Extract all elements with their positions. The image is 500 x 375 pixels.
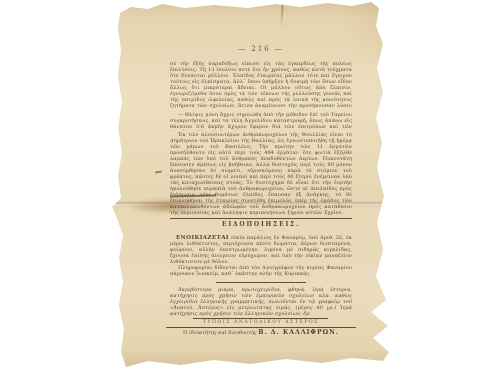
body-paragraph-1: σε τὴν ἑξῆς παραδόξως εἴπωσι εἰς τὰς ἐγκ… [170, 61, 352, 109]
top-edge-crease [280, 4, 283, 28]
document-page: — 216 — σε τὴν ἑξῆς παραδόξως εἴπωσι εἰς… [0, 0, 500, 375]
rental-advertisement: ΕΝΟΙΚΙΑΖΕΤΑΙ οἰκία παράλιος ἐν Φαναρίῳ, … [170, 235, 352, 265]
publisher-line: Ὁ ἰδιοκτήτης καὶ διευθυντὴς Β. Δ. ΚΑΛΛΙΦ… [170, 329, 352, 336]
short-divider-rule [216, 282, 306, 283]
rental-ad-contact-info: Πληροφορίαι δίδονται ἀπὸ τὸν ἁγιογράφον … [170, 265, 352, 278]
publisher-title-text: Ὁ ἰδιοκτήτης καὶ διευθυντὴς [183, 330, 257, 336]
imprint-bottom-rule [166, 327, 356, 328]
photo-of-document: — 216 — σε τὴν ἑξῆς παραδόξως εἴπωσι εἰς… [0, 0, 500, 375]
section-rule [170, 218, 352, 219]
ink-speck [155, 171, 162, 174]
body-paragraph-2: — Θλίψις μόνη ἄχρις σημειώθη ἀπὸ τὴν μέθ… [170, 112, 352, 131]
body-paragraph-3: Ἐκ τῶν πλουσιωτέρων ἀνθρακωρυχείων τῆς Θ… [170, 132, 352, 216]
books-for-sale-note: Ἀκριβέστερα μικρά, πρωτοχειρίδια, φθηνά,… [170, 287, 352, 317]
press-imprint: ΤΥΠΟΙΣ ΑΝΑΤΟΛΙΚΟΥ ΑΣΤΕΡΟΣ [170, 320, 352, 325]
page-number: — 216 — [170, 45, 352, 53]
heading-divider-dash: — [170, 228, 352, 232]
imprint-top-rule [193, 318, 328, 319]
publisher-name: Β. Δ. ΚΑΛΛΙΦΡΩΝ. [258, 329, 339, 336]
